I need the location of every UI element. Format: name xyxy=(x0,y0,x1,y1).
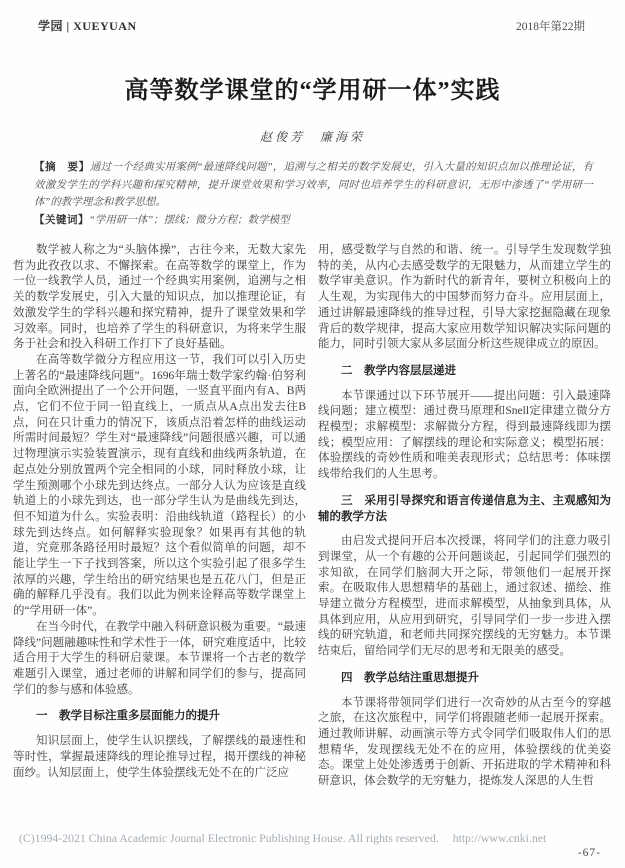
abstract-paragraph: 【摘 要】通过一个经典实用案例“最速降线问题”，追溯与之相关的数学发展史，引入大… xyxy=(34,159,593,212)
issue-label: 2018年第22期 xyxy=(516,18,585,34)
keywords-label: 【关键词】 xyxy=(34,215,89,226)
body-paragraph: 数学被人称之为“头脑体操”，古往今来，无数大家先哲为此孜孜以求、不懈探索。在高等… xyxy=(13,243,306,353)
body-paragraph: 本节课将带领同学们进行一次奇妙的从古至今的穿越之旅，在这次旅程中，同学们将跟随老… xyxy=(318,696,611,790)
abstract-block: 【摘 要】通过一个经典实用案例“最速降线问题”，追溯与之相关的数学发展史，引入大… xyxy=(34,159,593,229)
body-paragraph: 知识层面上，使学生认识摆线，了解摆线的最速性和等时性，掌握最速降线的理论推导过程… xyxy=(13,734,306,781)
left-column: 数学被人称之为“头脑体操”，古往今来，无数大家先哲为此孜孜以求、不懈探索。在高等… xyxy=(13,243,306,826)
section-heading-4: 四 教学总结注重思想提升 xyxy=(318,671,611,687)
body-paragraph-continuation: 用，感受数学与自然的和谐、统一。引导学生发现数学独特的美，从内心去感受数学的无限… xyxy=(318,243,611,353)
page-header: 学园 | XUEYUAN 2018年第22期 xyxy=(38,17,585,34)
body-paragraph: 在当今时代，在教学中融入科研意识极为重要。“最速降线”问题融趣味性和学术性于一体… xyxy=(13,620,306,699)
keywords-text: “学用研一体”；摆线；微分方程；数学模型 xyxy=(89,215,290,226)
body-paragraph: 由启发式提问开启本次授课，将同学们的注意力吸引到课堂，从一个有趣的公开问题谈起，… xyxy=(318,534,611,660)
copyright-text: (C)1994-2021 China Academic Journal Elec… xyxy=(19,831,439,845)
article-body: 数学被人称之为“头脑体操”，古往今来，无数大家先哲为此孜孜以求、不懈探索。在高等… xyxy=(13,243,612,826)
article-authors: 赵俊芳 廉海荣 xyxy=(0,128,625,145)
keywords-paragraph: 【关键词】“学用研一体”；摆线；微分方程；数学模型 xyxy=(34,212,593,230)
abstract-text: 通过一个经典实用案例“最速降线问题”，追溯与之相关的数学发展史，引入大量的知识点… xyxy=(34,162,593,208)
article-title: 高等数学课堂的“学用研一体”实践 xyxy=(0,70,625,105)
abstract-label: 【摘 要】 xyxy=(34,162,90,173)
right-column: 用，感受数学与自然的和谐、统一。引导学生发现数学独特的美，从内心去感受数学的无限… xyxy=(318,243,611,826)
document-page: 学园 | XUEYUAN 2018年第22期 高等数学课堂的“学用研一体”实践 … xyxy=(0,0,625,868)
section-heading-2: 二 教学内容层层递进 xyxy=(318,364,611,380)
section-heading-3: 三 采用引导探究和语言传递信息为主、主观感知为辅的教学方法 xyxy=(318,494,611,525)
body-paragraph: 本节课通过以下环节展开——提出问题：引入最速降线问题；建立模型：通过费马原理和S… xyxy=(318,389,611,483)
journal-name: 学园 | XUEYUAN xyxy=(38,17,137,34)
section-heading-1: 一 教学目标注重多层面能力的提升 xyxy=(13,709,306,725)
body-paragraph: 在高等数学微分方程应用这一节，我们可以引入历史上著名的“最速降线问题”。1696… xyxy=(13,353,306,620)
cnki-url: http://www.cnki.net xyxy=(453,831,547,845)
copyright-watermark: (C)1994-2021 China Academic Journal Elec… xyxy=(19,831,546,846)
page-number: -67- xyxy=(578,847,601,859)
